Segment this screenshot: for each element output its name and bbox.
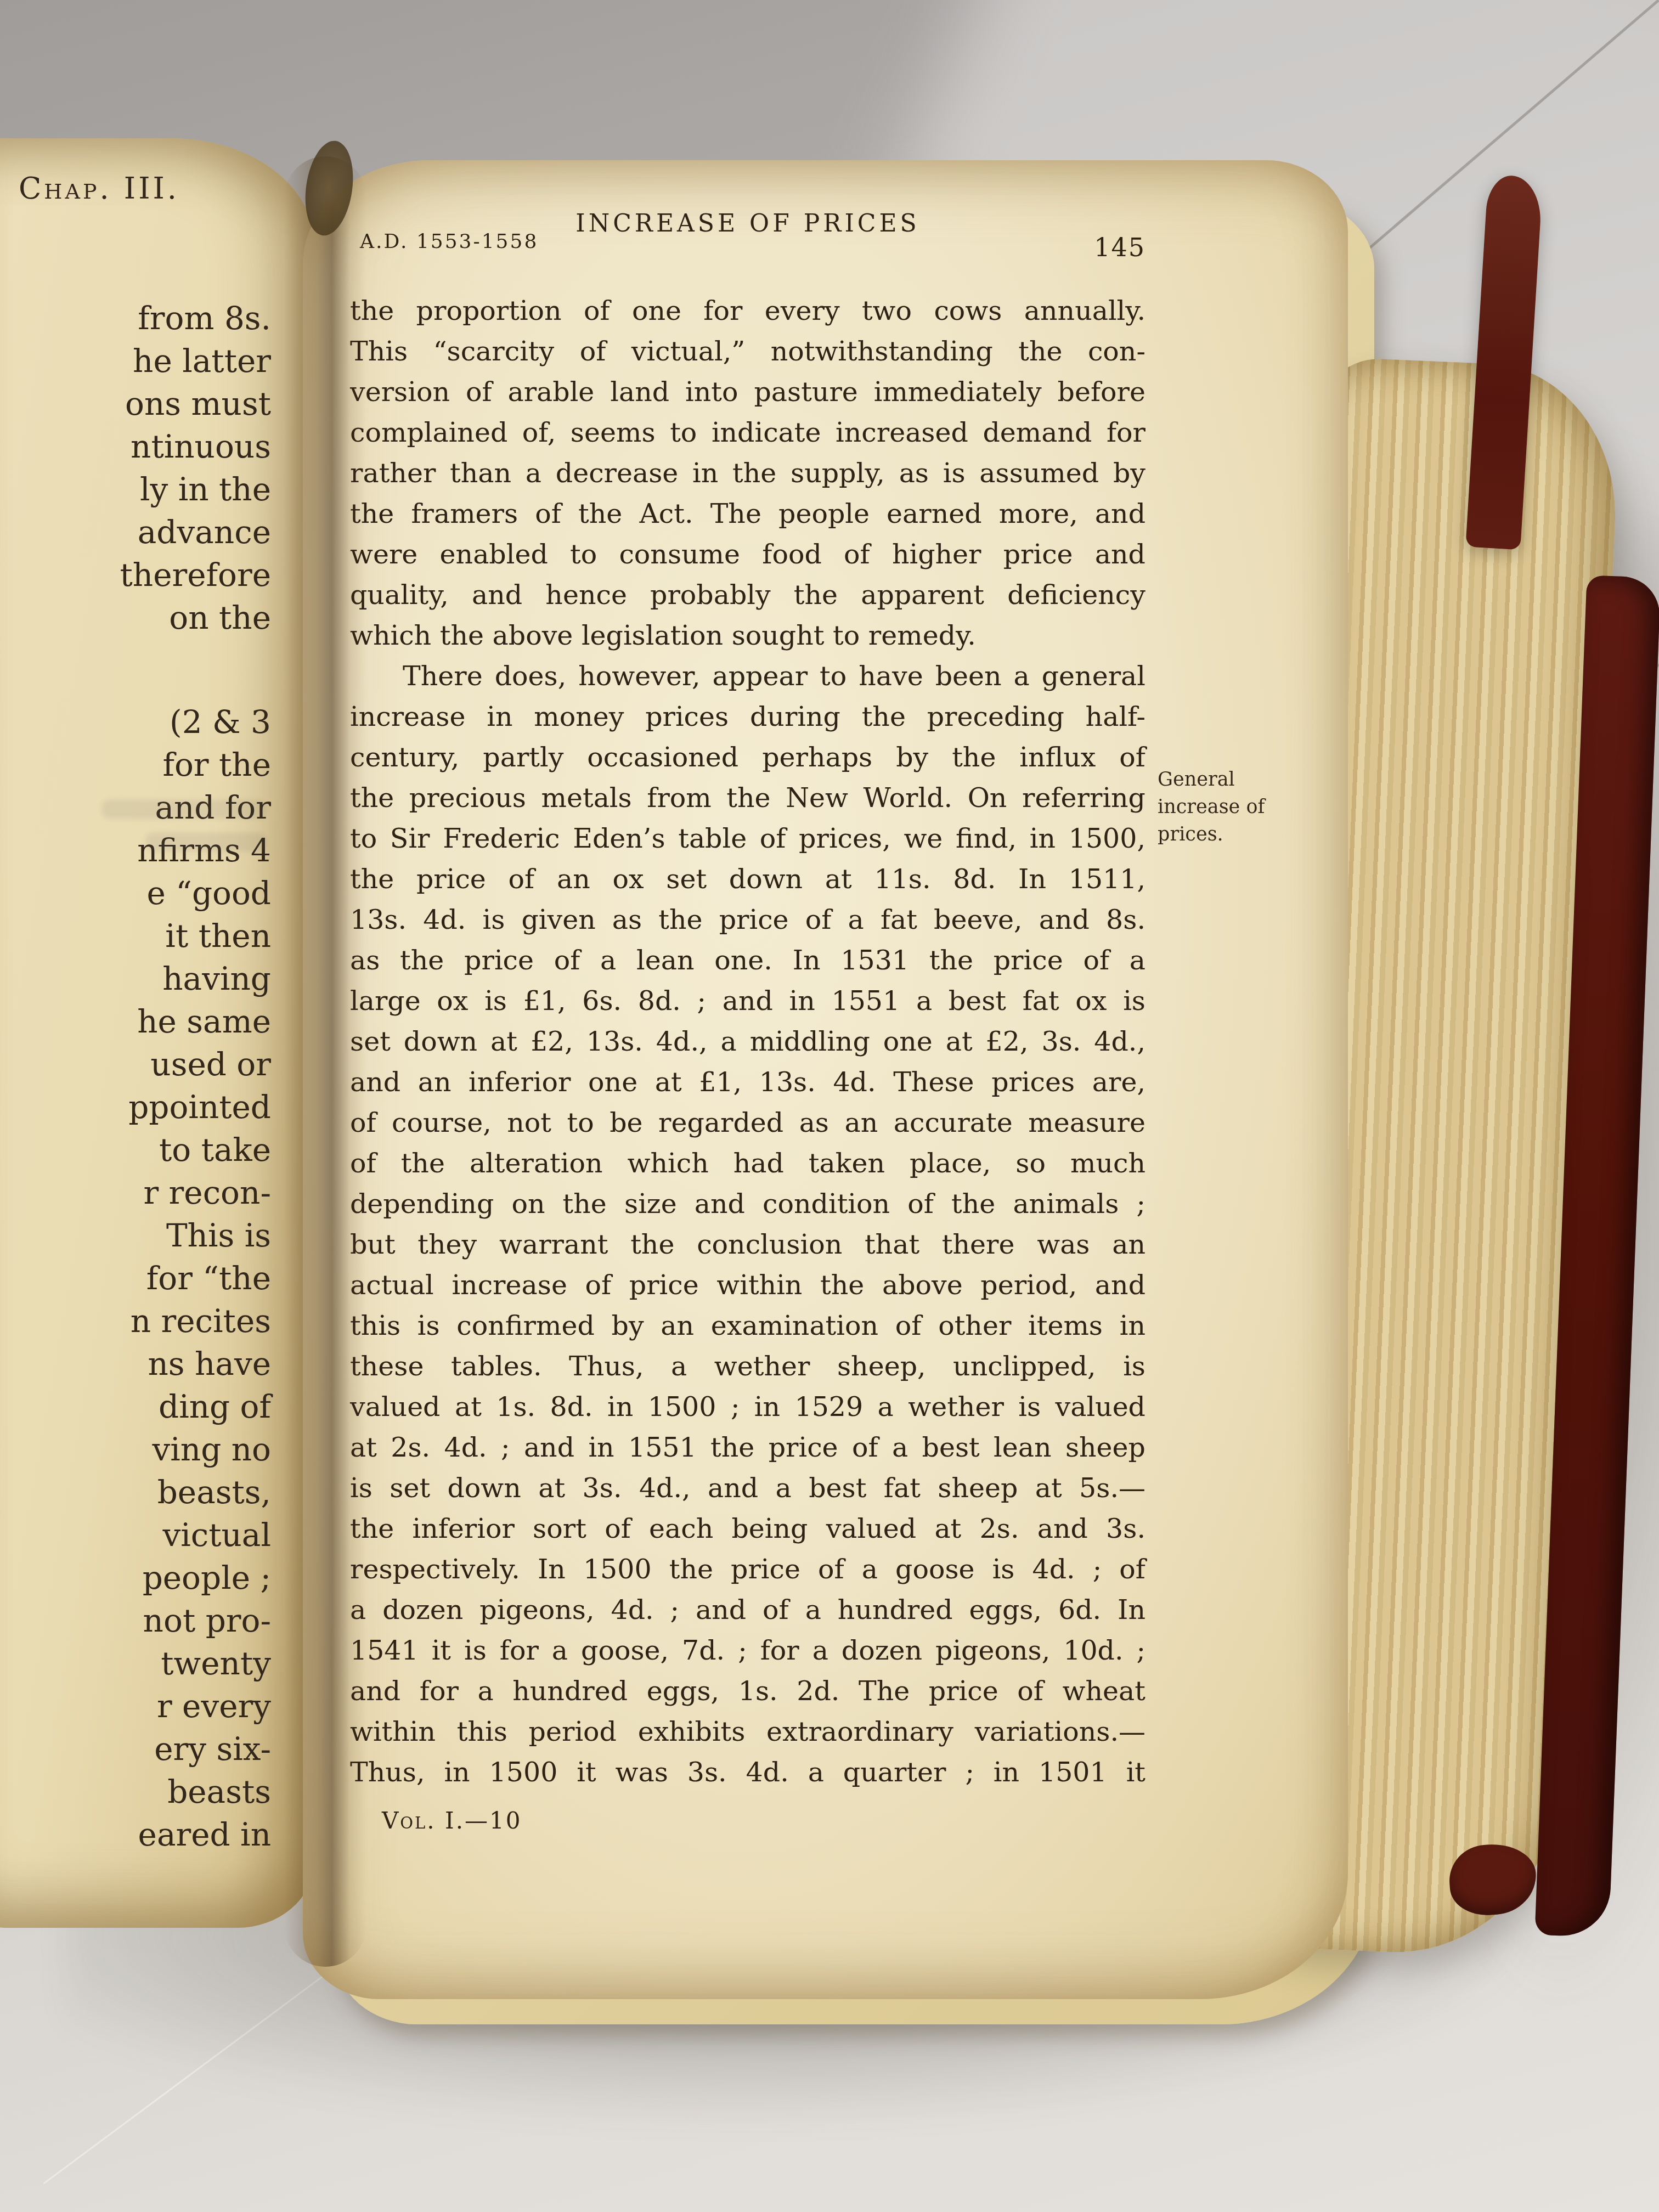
text-line-fragment: ntinuous <box>18 425 271 468</box>
text-line-fragment: beasts, <box>18 1471 271 1514</box>
text-line-fragment: it then <box>18 915 271 957</box>
body-text: the proportion of one for every two cows… <box>350 291 1145 1793</box>
text-line: and for a hundred eggs, 1s. 2d. The pric… <box>350 1671 1145 1712</box>
left-page-text-fragments: from 8s.he latterons mustntinuously in t… <box>18 297 271 1856</box>
text-line: respectively. In 1500 the price of a goo… <box>350 1549 1145 1590</box>
text-line: valued at 1s. 8d. in 1500 ; in 1529 a we… <box>350 1387 1145 1427</box>
text-line-fragment: therefore <box>18 554 271 596</box>
text-line: this is confirmed by an examination of o… <box>350 1306 1145 1346</box>
show-through-smudge <box>86 791 267 857</box>
text-line: depending on the size and condition of t… <box>350 1184 1145 1224</box>
text-line: the precious metals from the New World. … <box>350 778 1145 819</box>
text-line-fragment: (2 & 3 <box>18 701 271 743</box>
text-line: century, partly occasioned perhaps by th… <box>350 737 1145 778</box>
text-line: the proportion of one for every two cows… <box>350 291 1145 331</box>
text-line: which the above legislation sought to re… <box>350 616 1145 656</box>
text-line-fragment: r recon- <box>18 1171 271 1214</box>
text-line-fragment: twenty <box>18 1642 271 1685</box>
text-line-fragment: he same <box>18 1000 271 1043</box>
text-line-fragment: from 8s. <box>18 297 271 340</box>
text-line-fragment: ns have <box>18 1342 271 1385</box>
book-gutter-shadow <box>284 156 366 1967</box>
text-line-fragment: ppointed <box>18 1086 271 1128</box>
text-line-fragment: used or <box>18 1043 271 1086</box>
margin-note: General increase of prices. <box>1158 766 1287 848</box>
text-line-fragment: eared in <box>18 1813 271 1856</box>
text-line: 1541 it is for a goose, 7d. ; for a doze… <box>350 1630 1145 1671</box>
text-line: the inferior sort of each being valued a… <box>350 1509 1145 1549</box>
text-line-fragment: r every <box>18 1685 271 1728</box>
text-line-fragment: for the <box>18 743 271 786</box>
text-line: and an inferior one at £1, 13s. 4d. Thes… <box>350 1062 1145 1103</box>
text-line-fragment: on the <box>18 596 271 639</box>
text-line-fragment: for “the <box>18 1257 271 1300</box>
text-line: of the alteration which had taken place,… <box>350 1143 1145 1184</box>
text-line-fragment: he latter <box>18 340 271 382</box>
text-line: increase in money prices during the prec… <box>350 697 1145 737</box>
text-line: 13s. 4d. is given as the price of a fat … <box>350 900 1145 940</box>
right-page-content: A.D. 1553-1558 INCREASE OF PRICES 145 th… <box>350 206 1145 1834</box>
page-header: A.D. 1553-1558 INCREASE OF PRICES 145 <box>350 206 1145 272</box>
text-line: actual increase of price within the abov… <box>350 1265 1145 1306</box>
text-line-fragment: This is <box>18 1214 271 1257</box>
text-line-fragment: having <box>18 957 271 1000</box>
text-line-fragment: victual <box>18 1514 271 1556</box>
text-line-fragment: beasts <box>18 1770 271 1813</box>
photo-scene: Chap. III. from 8s.he latterons mustntin… <box>0 0 1659 2212</box>
text-line: these tables. Thus, a wether sheep, uncl… <box>350 1346 1145 1387</box>
text-line: There does, however, appear to have been… <box>350 656 1145 697</box>
text-line: quality, and hence probably the apparent… <box>350 575 1145 616</box>
text-line-fragment: n recites <box>18 1300 271 1342</box>
header-title: INCREASE OF PRICES <box>350 210 1145 238</box>
text-line: at 2s. 4d. ; and in 1551 the price of a … <box>350 1427 1145 1468</box>
text-line-fragment: ving no <box>18 1428 271 1471</box>
text-line: complained of, seems to indicate increas… <box>350 413 1145 453</box>
text-line: version of arable land into pasture imme… <box>350 372 1145 413</box>
text-line: the price of an ox set down at 11s. 8d. … <box>350 859 1145 900</box>
text-line-fragment: people ; <box>18 1556 271 1599</box>
page-number: 145 <box>1094 233 1145 262</box>
text-line: but they warrant the conclusion that the… <box>350 1224 1145 1265</box>
left-page: Chap. III. from 8s.he latterons mustntin… <box>0 138 314 1928</box>
text-line: to Sir Frederic Eden’s table of prices, … <box>350 819 1145 859</box>
text-line: the framers of the Act. The people earne… <box>350 494 1145 534</box>
text-line: as the price of a lean one. In 1531 the … <box>350 940 1145 981</box>
text-line: This “scarcity of victual,” notwithstand… <box>350 331 1145 372</box>
text-line-fragment: to take <box>18 1128 271 1171</box>
volume-footer: Vol. I.—10 <box>350 1807 1145 1834</box>
text-line: Thus, in 1500 it was 3s. 4d. a quarter ;… <box>350 1752 1145 1793</box>
text-line-fragment: ery six- <box>18 1728 271 1770</box>
text-line-fragment: ons must <box>18 382 271 425</box>
text-line: rather than a decrease in the supply, as… <box>350 453 1145 494</box>
text-line: of course, not to be regarded as an accu… <box>350 1103 1145 1143</box>
text-line-fragment: e “good <box>18 872 271 915</box>
text-line-fragment: ding of <box>18 1385 271 1428</box>
text-line: within this period exhibits extraordinar… <box>350 1712 1145 1752</box>
text-line-fragment: not pro- <box>18 1599 271 1642</box>
text-line: a dozen pigeons, 4d. ; and of a hundred … <box>350 1590 1145 1630</box>
paragraph-new: There does, however, appear to have been… <box>350 656 1145 1793</box>
right-page: A.D. 1553-1558 INCREASE OF PRICES 145 th… <box>303 160 1348 1999</box>
chapter-running-header: Chap. III. <box>18 171 271 206</box>
text-line: were enabled to consume food of higher p… <box>350 534 1145 575</box>
text-line: large ox is £1, 6s. 8d. ; and in 1551 a … <box>350 981 1145 1022</box>
text-line: is set down at 3s. 4d., and a best fat s… <box>350 1468 1145 1509</box>
text-line-fragment: advance <box>18 511 271 554</box>
paragraph-continuation: the proportion of one for every two cows… <box>350 291 1145 656</box>
text-line-fragment: ly in the <box>18 468 271 511</box>
text-line: set down at £2, 13s. 4d., a middling one… <box>350 1022 1145 1062</box>
